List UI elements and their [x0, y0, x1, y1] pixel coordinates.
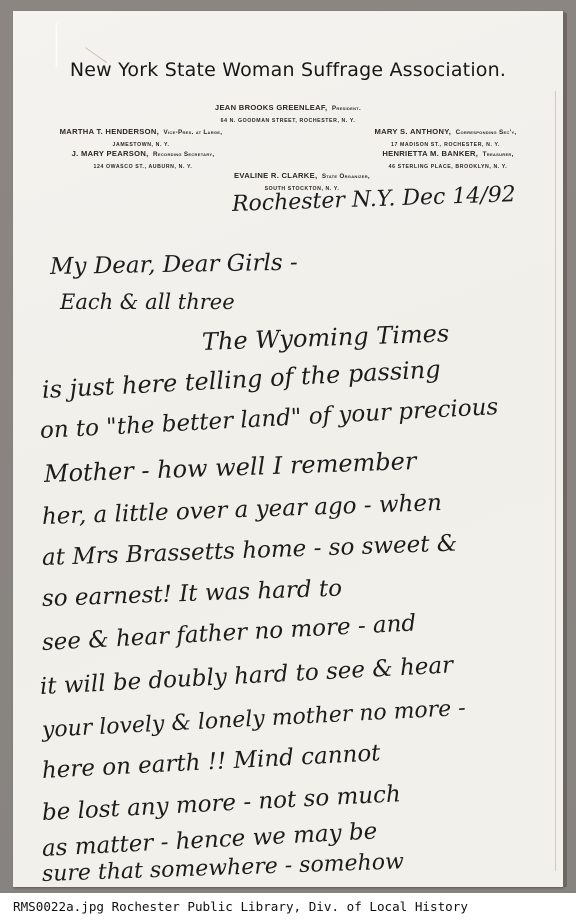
president-role: President. [332, 105, 361, 112]
state-organizer-role: State Organizer, [322, 173, 370, 180]
letterhead-recording-secretary: J. MARY PEARSON, Recording Secretary, 12… [58, 143, 228, 170]
image-caption: RMS0022a.jpg Rochester Public Library, D… [0, 893, 576, 920]
recording-secretary-role: Recording Secretary, [153, 151, 214, 158]
state-organizer-name: EVALINE R. CLARKE, [234, 171, 317, 180]
handwritten-line: Each & all three [60, 290, 235, 314]
recording-secretary-address: 124 OWASCO ST., AUBURN, N. Y. [58, 164, 228, 170]
organization-title: New York State Woman Suffrage Associatio… [0, 59, 576, 81]
president-name: JEAN BROOKS GREENLEAF, [215, 103, 328, 112]
corresponding-secretary-name: MARY S. ANTHONY, [375, 127, 452, 136]
paper-edge-shadow [563, 13, 567, 887]
letterhead-president: JEAN BROOKS GREENLEAF, President. 64 N. … [0, 97, 576, 124]
vice-president-name: MARTHA T. HENDERSON, [60, 127, 159, 136]
corresponding-secretary-role: Corresponding Sec'y, [456, 129, 517, 136]
handwritten-line: My Dear, Dear Girls - [50, 250, 298, 280]
treasurer-name: HENRIETTA M. BANKER, [382, 149, 478, 158]
treasurer-role: Treasurer, [483, 151, 514, 158]
recording-secretary-name: J. MARY PEARSON, [72, 149, 149, 158]
margin-guide-line [555, 91, 556, 871]
vice-president-role: Vice-Pres. at Large, [164, 129, 223, 136]
